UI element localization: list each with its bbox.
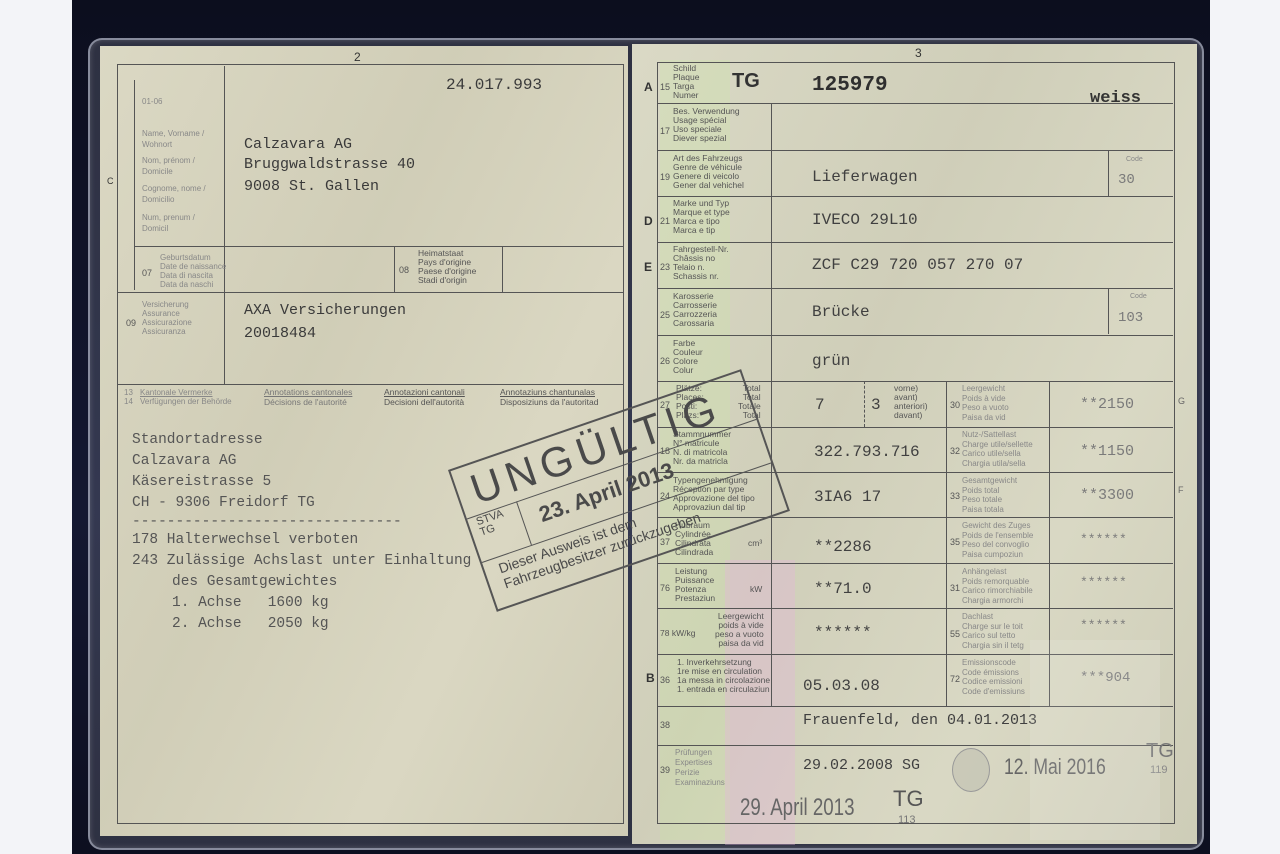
origin-label: Heimatstaat Pays d'origine Paese d'origi… — [418, 249, 476, 285]
holder-street: Bruggwaldstrasse 40 — [244, 156, 415, 173]
divider — [502, 246, 503, 292]
section-letter-b: B — [646, 671, 655, 685]
total-weight-label: GesamtgewichtPoids total Peso totalePais… — [962, 476, 1017, 514]
code-label: Code — [1130, 293, 1147, 300]
emission-code-label: EmissionscodeCode émissions Codice emiss… — [962, 658, 1025, 696]
side-mark-f: F — [1178, 485, 1184, 495]
location-city: CH - 9306 Freidorf TG — [132, 493, 471, 514]
annotations-label-rm: Annotaziuns chantunalas — [500, 388, 595, 397]
reference-number: 24.017.993 — [446, 76, 542, 94]
field-number-72: 72 — [950, 674, 960, 684]
first-registration-label: 1. Inverkehrsetzung1re mise en circulati… — [677, 658, 770, 694]
location-name: Calzavara AG — [132, 451, 471, 472]
divider — [657, 335, 1173, 336]
divider — [657, 242, 1173, 243]
insurance-company: AXA Versicherungen — [244, 302, 406, 319]
chassis-label: Fahrgestell-Nr.Châssis no Telaio n.Schas… — [673, 245, 729, 281]
holder-code-label: 01-06 — [142, 96, 162, 107]
section-letter-c: C — [107, 176, 114, 186]
empty-weight-value: **2150 — [1080, 396, 1134, 413]
holder-name: Calzavara AG — [244, 136, 352, 153]
field-number-15: 15 — [660, 82, 670, 92]
separator: ------------------------------- — [132, 514, 471, 530]
inspections-label: PrüfungenExpertises PerizieExaminaziuns — [675, 748, 725, 788]
annotations-num: 13 14 — [124, 388, 133, 406]
field-number-09: 09 — [126, 318, 136, 328]
train-weight-label: Gewicht des ZugesPoids de l'ensemble Pes… — [962, 521, 1033, 559]
divider — [224, 66, 225, 384]
seats-front: 3 — [871, 396, 881, 414]
seats-front-label: vorne)avant) anteriori)davant) — [894, 384, 928, 420]
roof-load-value: ****** — [1080, 618, 1127, 633]
make-type-label: Marke und TypMarque et type Marca e tipo… — [673, 199, 730, 235]
power-value: **71.0 — [814, 580, 872, 598]
divider — [134, 246, 624, 247]
body-code: 103 — [1118, 310, 1143, 326]
issue-place-date: Frauenfeld, den 04.01.2013 — [803, 712, 1037, 729]
annotation-178: 178 Halterwechsel verboten — [132, 530, 471, 551]
vehicle-kind-value: Lieferwagen — [812, 168, 918, 186]
total-weight-value: **3300 — [1080, 487, 1134, 504]
plate-color: weiss — [1090, 89, 1141, 108]
section-letter-d: D — [644, 214, 653, 228]
seats-total: 7 — [815, 396, 825, 414]
trailer-load-value: ****** — [1080, 575, 1127, 590]
annotations-body: Standortadresse Calzavara AG Käsereistra… — [132, 430, 471, 635]
left-page-number: 2 — [354, 50, 361, 64]
plate-label: SchildPlaque TargaNumer — [673, 64, 699, 100]
color-label: FarbeCouleur ColoreColur — [673, 339, 703, 375]
annotation-243: 243 Zulässige Achslast unter Einhaltung — [132, 551, 471, 572]
field-number-26: 26 — [660, 356, 670, 366]
field-number-31: 31 — [950, 583, 960, 593]
power-unit: kW — [750, 585, 762, 594]
master-number: 322.793.716 — [814, 443, 920, 461]
right-page-number: 3 — [915, 46, 922, 60]
divider — [394, 246, 395, 292]
axle-2: 2. Achse 2050 kg — [132, 614, 471, 635]
plate-number: 125979 — [812, 74, 888, 97]
divider — [657, 103, 1173, 104]
displacement-value: **2286 — [814, 538, 872, 556]
last-inspection: 29.02.2008 SG — [803, 757, 920, 774]
divider — [117, 384, 624, 385]
holder-city: 9008 St. Gallen — [244, 178, 379, 195]
annotations-label-it: Annotazioni cantonali — [384, 388, 465, 397]
vehicle-kind-code: 30 — [1118, 172, 1135, 188]
payload-value: **1150 — [1080, 443, 1134, 460]
divider — [134, 80, 135, 290]
type-approval-value: 3IA6 17 — [814, 488, 881, 506]
annotations-sub-de: Verfügungen der Behörde — [140, 397, 232, 406]
field-number-25: 25 — [660, 310, 670, 320]
field-number-76: 76 — [660, 583, 670, 593]
holder-label-it: Cognome, nome / Domicilio — [142, 183, 222, 205]
body-value: Brücke — [812, 303, 870, 321]
field-number-38: 38 — [660, 720, 670, 730]
annotations-label-fr: Annotations cantonales — [264, 388, 352, 397]
field-number-23: 23 — [660, 262, 670, 272]
holder-label-rm: Num, prenum / Domicil — [142, 212, 222, 234]
divider — [657, 150, 1173, 151]
payload-label: Nutz-/SattellastCharge utile/sellette Ca… — [962, 430, 1033, 468]
body-label: KarosserieCarrosserie CarrozzeriaCarossa… — [673, 292, 717, 328]
field-number-07: 07 — [142, 268, 152, 278]
field-number-55: 55 — [950, 629, 960, 639]
holder-label-de: Name, Vorname / Wohnort — [142, 128, 222, 150]
holder-label-fr: Nom, prénom / Domicile — [142, 155, 222, 177]
field-number-30: 30 — [950, 400, 960, 410]
location-street: Käsereistrasse 5 — [132, 472, 471, 493]
roof-load-label: DachlastCharge sur le toit Carico sul te… — [962, 612, 1024, 650]
displacement-unit: cm³ — [748, 539, 762, 548]
divider — [657, 288, 1173, 289]
first-registration-date: 05.03.08 — [803, 677, 880, 695]
annotations-sub-fr: Décisions de l'autorité — [264, 398, 347, 407]
divider — [864, 381, 865, 427]
field-number-08: 08 — [399, 265, 409, 275]
power-weight-prefix: 78 kW/kg — [660, 629, 695, 638]
field-number-17: 17 — [660, 126, 670, 136]
divider — [946, 381, 947, 706]
field-number-33: 33 — [950, 491, 960, 501]
canton-seal-icon — [952, 748, 990, 792]
chassis-number: ZCF C29 720 057 270 07 — [812, 256, 1023, 274]
field-number-39: 39 — [660, 765, 670, 775]
annotations-label-de: Kantonale Vermerke — [140, 388, 213, 397]
annotation-243b: des Gesamtgewichtes — [132, 572, 471, 593]
divider — [657, 563, 1173, 564]
birthdate-label: Geburtsdatum Date de naissance Data di n… — [160, 253, 226, 289]
trailer-load-label: AnhängelastPoids remorquable Carico rimo… — [962, 567, 1033, 605]
insurance-label: Versicherung Assurance Assicurazione Ass… — [142, 300, 192, 336]
empty-weight-label: LeergewichtPoids à vide Peso a vuotoPais… — [962, 384, 1009, 422]
train-weight-value: ****** — [1080, 532, 1127, 547]
divider — [771, 103, 772, 707]
field-number-36: 36 — [660, 675, 670, 685]
second-stamp-date: 29. April 2013 — [740, 794, 854, 822]
color-value: grün — [812, 352, 850, 370]
divider — [117, 292, 624, 293]
power-weight-label: Leergewichtpoids à vide peso a vuotopais… — [715, 612, 764, 648]
annotations-sub-it: Decisioni dell'autorità — [384, 398, 464, 407]
light-glare — [1030, 640, 1160, 840]
insurance-policy-number: 20018484 — [244, 325, 316, 342]
vehicle-kind-label: Art des FahrzeugsGenre de véhicule Gener… — [673, 154, 744, 190]
second-stamp-code: 113 — [898, 814, 916, 826]
field-number-21: 21 — [660, 216, 670, 226]
annotations-sub-rm: Disposiziuns da l'autoritad — [500, 398, 598, 407]
plate-canton: TG — [732, 70, 760, 93]
section-letter-a: A — [644, 80, 653, 94]
divider — [1108, 288, 1109, 334]
field-number-19: 19 — [660, 172, 670, 182]
power-label: LeistungPuissance PotenzaPrestaziun — [675, 567, 715, 603]
divider — [1108, 150, 1109, 196]
axle-1: 1. Achse 1600 kg — [132, 593, 471, 614]
location-title: Standortadresse — [132, 430, 471, 451]
divider — [657, 196, 1173, 197]
special-use-label: Bes. VerwendungUsage spécial Uso special… — [673, 107, 740, 143]
make-type-value: IVECO 29L10 — [812, 211, 918, 229]
divider — [657, 608, 1173, 609]
power-weight-value: ****** — [814, 624, 872, 642]
field-number-32: 32 — [950, 446, 960, 456]
second-stamp-canton: TG — [893, 786, 924, 812]
code-label: Code — [1126, 156, 1143, 163]
section-letter-e: E — [644, 260, 652, 274]
field-number-35: 35 — [950, 537, 960, 547]
side-mark-g: G — [1178, 396, 1185, 406]
